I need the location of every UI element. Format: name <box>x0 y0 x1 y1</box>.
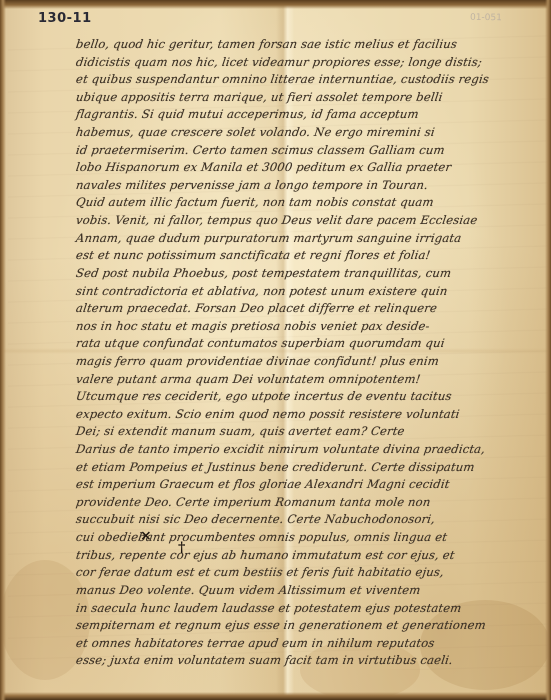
text-line: cor ferae datum est et cum bestiis et fe… <box>75 564 537 582</box>
manuscript-text: bello, quod hic geritur, tamen forsan sa… <box>76 36 536 670</box>
page-right-edge <box>545 0 551 700</box>
text-line: esse; juxta enim voluntatem suam facit t… <box>75 652 537 670</box>
text-line: bello, quod hic geritur, tamen forsan sa… <box>75 36 537 54</box>
text-line: et quibus suspendantur omnino litterae i… <box>75 71 537 89</box>
text-line: valere putant arma quam Dei voluntatem o… <box>75 371 537 389</box>
text-line: Dei; si extendit manum suam, quis averte… <box>75 423 537 441</box>
text-line: expecto exitum. Scio enim quod nemo poss… <box>75 406 537 424</box>
text-line: habemus, quae crescere solet volando. Ne… <box>75 124 537 142</box>
ink-blot: † <box>178 540 185 556</box>
text-line: nos in hoc statu et magis pretiosa nobis… <box>75 318 537 336</box>
page-left-edge <box>0 0 6 700</box>
text-line: Quid autem illic factum fuerit, non tam … <box>75 194 537 212</box>
manuscript-page: 130-11 01-051 bello, quod hic geritur, t… <box>0 0 551 700</box>
text-line: alterum praecedat. Forsan Deo placet dif… <box>75 300 537 318</box>
text-line: et omnes habitatores terrae apud eum in … <box>75 635 537 653</box>
text-line: lobo Hispanorum ex Manila et 3000 peditu… <box>75 159 537 177</box>
text-line: ubique appositis terra marique, ut fieri… <box>75 89 537 107</box>
page-top-edge <box>0 0 551 9</box>
text-line: Sed post nubila Phoebus, post tempestate… <box>75 265 537 283</box>
text-line: est imperium Graecum et flos gloriae Ale… <box>75 476 537 494</box>
text-line: didicistis quam nos hic, licet videamur … <box>75 54 537 72</box>
text-line: Annam, quae dudum purpuratorum martyrum … <box>75 230 537 248</box>
archive-mark: 01-051 <box>470 13 502 24</box>
text-line: sempiternam et regnum ejus esse in gener… <box>75 617 537 635</box>
text-line: Utcumque res ceciderit, ego utpote incer… <box>75 388 537 406</box>
text-line: providente Deo. Certe imperium Romanum t… <box>75 494 537 512</box>
text-line: succubuit nisi sic Deo decernente. Certe… <box>75 511 537 529</box>
text-line: tribus, repente cor ejus ab humano immut… <box>75 547 537 565</box>
text-line: sint contradictoria et ablativa, non pot… <box>75 283 537 301</box>
text-line: Darius de tanto imperio excidit nimirum … <box>75 441 537 459</box>
text-line: navales milites pervenisse jam a longo t… <box>75 177 537 195</box>
page-bottom-edge <box>0 692 551 700</box>
text-line: id praetermiserim. Certo tamen scimus cl… <box>75 142 537 160</box>
text-line: rata utque confundat contumatos superbia… <box>75 335 537 353</box>
text-line: flagrantis. Si quid mutui acceperimus, i… <box>75 106 537 124</box>
text-line: manus Deo volente. Quum videm Altissimum… <box>75 582 537 600</box>
ink-blot: × <box>140 528 152 544</box>
text-line: vobis. Venit, ni fallor, tempus quo Deus… <box>75 212 537 230</box>
folio-number: 130-11 <box>38 11 92 26</box>
text-line: in saecula hunc laudem laudasse et potes… <box>75 600 537 618</box>
text-line: et etiam Pompeius et Justinus bene credi… <box>75 459 537 477</box>
text-line: magis ferro quam providentiae divinae co… <box>75 353 537 371</box>
text-line: est et nunc potissimum sanctificata et r… <box>75 247 537 265</box>
